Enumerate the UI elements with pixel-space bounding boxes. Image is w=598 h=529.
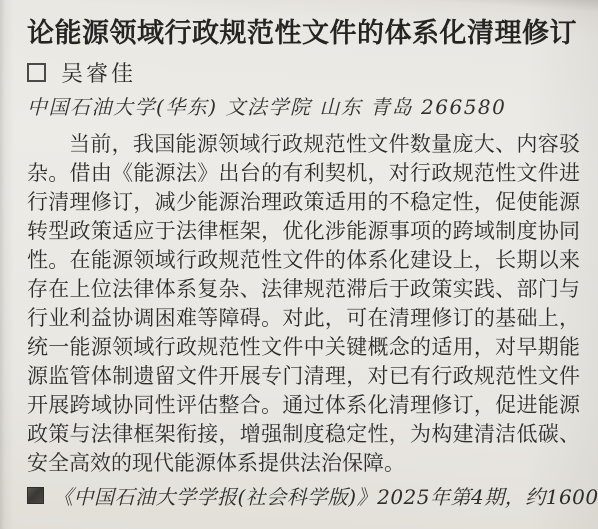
source-citation-text: 《中国石油大学学报(社会科学版)》2025年第4期，约16000字 [53, 481, 598, 510]
author-name: 吴睿佳 [61, 57, 136, 88]
source-marker-filled-square-icon [27, 487, 44, 504]
paper-title: 论能源领域行政规范性文件的体系化清理修订 [27, 18, 580, 50]
source-citation-line: 《中国石油大学学报(社会科学版)》2025年第4期，约16000字 [27, 481, 580, 509]
affiliation-line: 中国石油大学(华东) 文法学院 山东 青岛 266580 [27, 91, 580, 120]
author-marker-open-square-icon [27, 63, 46, 82]
author-row: 吴睿佳 [27, 59, 580, 85]
abstract-paragraph: 当前，我国能源领域行政规范性文件数量庞大、内容驳杂。借由《能源法》出台的有利契机… [27, 130, 580, 478]
journal-abstract-page: 论能源领域行政规范性文件的体系化清理修订 吴睿佳 中国石油大学(华东) 文法学院… [0, 0, 598, 529]
